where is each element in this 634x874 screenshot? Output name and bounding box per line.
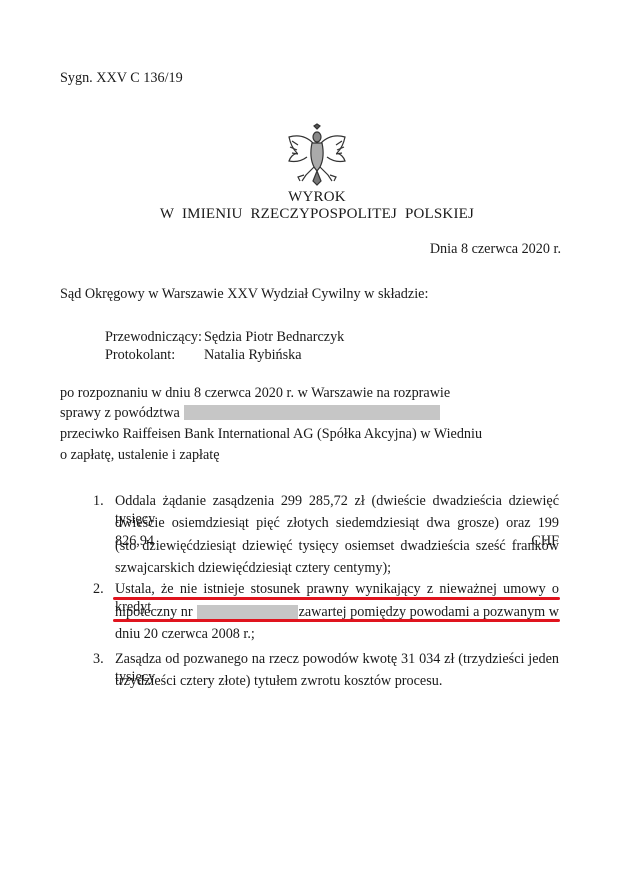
panel-role-presiding: Przewodniczący: [105,328,202,346]
polish-eagle-emblem-icon [282,123,352,187]
item-3-line: trzydzieści cztery złote) tytułem zwrotu… [115,672,559,690]
judgment-date: Dnia 8 czerwca 2020 r. [430,240,561,258]
red-highlight-underline [113,597,560,600]
item-number: 3. [93,650,104,668]
item-number: 2. [93,580,104,598]
item-1-line: (sto dziewięćdziesiąt dziewięć tysięcy o… [115,537,559,555]
redacted-plaintiff-name [184,405,440,420]
panel-name-presiding: Sędzia Piotr Bednarczyk [204,328,344,346]
intro-line-plaintiff: sprawy z powództwa [60,404,440,422]
redacted-contract-number [197,605,298,620]
intro-line: po rozpoznaniu w dniu 8 czerwca 2020 r. … [60,384,450,402]
case-signature: Sygn. XXV C 136/19 [60,69,183,87]
court-composition: Sąd Okręgowy w Warszawie XXV Wydział Cyw… [60,285,428,303]
document-title: WYROK [0,189,634,206]
panel-name-clerk: Natalia Rybińska [204,346,302,364]
item-1-line: szwajcarskich dziewięćdziesiąt cztery ce… [115,559,559,577]
document-subtitle: W IMIENIU RZECZYPOSPOLITEJ POLSKIEJ [0,206,634,223]
item-number: 1. [93,492,104,510]
intro-line-defendant: przeciwko Raiffeisen Bank International … [60,425,482,443]
panel-role-clerk: Protokolant: [105,346,175,364]
intro-line-subject: o zapłatę, ustalenie i zapłatę [60,446,220,464]
red-highlight-underline [113,619,560,622]
item-2-line: dniu 20 czerwca 2008 r.; [115,625,559,643]
plaintiff-label: sprawy z powództwa [60,405,180,421]
